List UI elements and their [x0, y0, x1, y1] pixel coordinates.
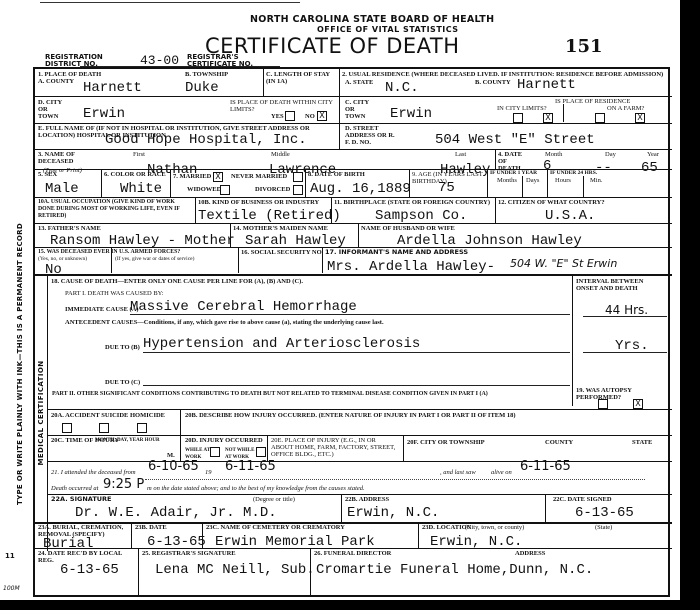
days-label: Days [526, 177, 539, 184]
divider [180, 409, 181, 435]
injury-manner-label: 20a. ACCIDENT SUICIDE HOMICIDE [51, 412, 165, 419]
birthplace-label: 11. BIRTHPLACE (State or foreign country… [334, 199, 490, 206]
divider [403, 435, 404, 461]
ssn-label: 16. SOCIAL SECURITY NO. [241, 249, 323, 256]
physician-address-value: Erwin, N.C. [347, 506, 439, 520]
birthplace-value: Sampson Co. [375, 209, 467, 223]
alive-on-label: alive on [491, 469, 512, 476]
ur-state-label: a. STATE [345, 79, 373, 86]
dob-label: 8. DATE OF BIRTH [308, 171, 365, 178]
due-to-b-value: Hypertension and Arteriosclerosis [143, 337, 420, 351]
citizen-label: 12. CITIZEN OF WHAT COUNTRY? [498, 199, 605, 206]
divider [545, 494, 546, 522]
mother-value: Sarah Hawley [245, 234, 346, 248]
ur-in-city-yes-checkbox[interactable] [513, 113, 523, 123]
mother-label: 14. MOTHER'S MAIDEN NAME [233, 225, 328, 232]
funeral-director-value: Cromartie Funeral Home,Dunn, N.C. [316, 563, 593, 577]
location-label: 23d. LOCATION [422, 524, 471, 531]
injury-occurred-label: 20d. INJURY OCCURRED [185, 437, 263, 444]
divider [339, 96, 672, 97]
usual-residence-label: 2. USUAL RESIDENCE (Where deceased lived… [342, 71, 663, 78]
armed-forces-hint-2: (If yes, give war or dates of service) [115, 256, 194, 263]
injury-city-label: 20f. CITY OR TOWNSHIP [407, 439, 485, 446]
dod-day-label: Day [605, 151, 616, 158]
under-1-year-label: IF UNDER 1 YEAR [490, 170, 537, 177]
divider [111, 247, 112, 273]
funeral-address-label: ADDRESS [515, 550, 545, 557]
divider [322, 247, 323, 273]
under-24-hrs-label: IF UNDER 24 HRS. [550, 170, 597, 177]
hours-label: Hours [555, 177, 571, 184]
autopsy-no-checkbox[interactable]: X [633, 399, 643, 409]
divorced-checkbox[interactable] [293, 185, 303, 195]
widowed-checkbox[interactable] [220, 185, 230, 195]
death-time-value: 9:25 P [103, 477, 144, 492]
sex-value: Male [45, 182, 79, 196]
divider [547, 169, 548, 197]
autopsy-yes-checkbox[interactable] [598, 399, 608, 409]
ur-street-value: 504 West "E" Street [435, 133, 595, 147]
agency-heading: NORTH CAROLINA STATE BOARD OF HEALTH [250, 14, 494, 25]
autopsy-label: 19. WAS AUTOPSY PERFORMED? [576, 387, 666, 401]
armed-forces-label: 15. WAS DECEASED EVER IN U.S. ARMED FORC… [38, 249, 180, 256]
ur-street-label: d. STREET ADDRESS or R. F. D. NO. [345, 125, 400, 146]
death-occurred-rest: m on the date stated above; and to the b… [147, 485, 365, 492]
divider [131, 522, 132, 548]
office-heading: OFFICE OF VITAL STATISTICS [317, 25, 459, 34]
accident-checkbox[interactable] [62, 423, 72, 433]
degree-label: (Degree or title) [253, 496, 295, 503]
immediate-interval-value: 44 Hrs. [605, 303, 648, 317]
pod-hospital-value: Good Hope Hospital, Inc. [105, 133, 307, 147]
interval-label: INTERVAL BETWEEN ONSET AND DEATH [576, 278, 666, 292]
underline [583, 316, 667, 317]
widowed-label: WIDOWED [187, 186, 221, 193]
physician-address-label: 22b. ADDRESS [345, 496, 389, 503]
cause-of-death-label: 18. CAUSE OF DEATH—ENTER ONLY ONE CAUSE … [51, 278, 303, 285]
divider [263, 69, 264, 96]
attended-to-value: 6-11-65 [225, 459, 276, 474]
divider [238, 247, 239, 273]
due-to-b-label: DUE TO (b) [105, 344, 140, 351]
divider [180, 435, 181, 461]
divider [47, 276, 48, 551]
divider [339, 123, 672, 124]
pod-township-label: b. TOWNSHIP [185, 71, 228, 78]
divider [195, 197, 196, 223]
first-name-label: First [133, 151, 145, 158]
pod-county-value: Harnett [83, 81, 142, 95]
date-signed-label: 22c. DATE SIGNED [553, 496, 612, 503]
injury-time-m: M. [167, 452, 175, 459]
divider [101, 169, 102, 197]
part-1-label: PART I. DEATH WAS CAUSED BY: [65, 290, 164, 297]
divider [170, 169, 171, 197]
registrar-signature-label: 25. REGISTRAR'S SIGNATURE [142, 550, 236, 557]
injury-time-sublabel: MONTH, DAY, YEAR HOUR [95, 437, 160, 444]
attended-from-label: 21. I attended the deceased from [51, 469, 136, 476]
funeral-director-label: 26. FUNERAL DIRECTOR [314, 550, 391, 557]
divider [230, 223, 231, 247]
ur-city-label: c. CITY OR TOWN [345, 99, 375, 120]
divider [563, 104, 564, 122]
months-label: Months [497, 177, 517, 184]
dotted-line [145, 478, 645, 480]
divider [267, 435, 268, 461]
scan-border-right [680, 0, 700, 610]
state-hint: (State) [595, 524, 612, 531]
side-mark: 100M [3, 585, 20, 592]
ur-on-farm-yes-checkbox[interactable] [595, 113, 605, 123]
deceased-name-label: 3. NAME OF DECEASED [38, 151, 88, 165]
pod-length-of-stay-label: c. LENGTH OF STAY (in 1a) [266, 71, 336, 85]
suicide-checkbox[interactable] [99, 423, 109, 433]
pod-city-label: d. CITY OR TOWN [38, 99, 68, 120]
dob-value: Aug. 16,1889 [310, 182, 411, 196]
burial-date-value: 6-13-65 [147, 535, 206, 549]
divider [35, 223, 672, 224]
divider [47, 461, 672, 462]
pod-county-label: a. COUNTY [38, 78, 74, 85]
sex-label: 5. SEX [38, 171, 57, 178]
never-married-label: NEVER MARRIED [231, 173, 287, 180]
underline [130, 314, 570, 315]
divider [35, 274, 672, 276]
divider [358, 223, 359, 247]
injury-describe-label: 20b. DESCRIBE HOW INJURY OCCURRED. (Ente… [185, 412, 516, 419]
registrar-signature-value: Lena MC Neill, Sub. [155, 563, 315, 577]
pod-limits-yes-label: YES [271, 113, 284, 120]
cemetery-value: Erwin Memorial Park [215, 535, 375, 549]
ur-city-value: Erwin [390, 107, 432, 121]
immediate-cause-value: Massive Cerebral Hemorrhage [130, 300, 357, 314]
part-2-label: PART II. OTHER SIGNIFICANT CONDITIONS CO… [52, 391, 488, 398]
scan-top-line [40, 2, 300, 3]
divider [487, 169, 488, 197]
middle-name-label: Middle [271, 151, 290, 158]
ur-in-city-no-checkbox[interactable]: X [543, 113, 553, 123]
dod-month-label: Month [545, 151, 562, 158]
year-prefix-1: 19 [205, 469, 212, 476]
divider [495, 197, 496, 223]
underline [583, 352, 667, 353]
divider [138, 548, 139, 597]
dod-year-label: Year [647, 151, 659, 158]
injury-state-label: STATE [632, 439, 652, 446]
due-to-c-label: DUE TO (c) [105, 379, 140, 386]
occupation-label: 10a. USUAL OCCUPATION (Give kind of work… [38, 199, 188, 220]
permanent-record-note: TYPE OR WRITE PLAINLY WITH INK—THIS IS A… [16, 154, 24, 574]
ur-on-farm-label: On a Farm? [607, 105, 644, 112]
divider [341, 494, 342, 522]
spouse-value: Ardella Johnson Hawley [397, 234, 582, 248]
pod-limits-no-label: NO [305, 113, 315, 120]
divider [47, 494, 672, 495]
divider [495, 149, 496, 169]
spouse-label: NAME OF HUSBAND OR WIFE [361, 225, 455, 232]
divider [35, 197, 672, 198]
divider [35, 149, 672, 150]
death-occurred-label: Death occurred at [51, 485, 98, 492]
informant-handwritten-address: 504 W. "E" St Erwin [510, 257, 617, 270]
injury-place-label: 20e. PLACE OF INJURY (e.g., in or about … [271, 437, 396, 458]
ur-in-city-label: In City Limits? [497, 105, 547, 112]
scan-border-bottom [0, 600, 700, 610]
business-value: Textile (Retired) [198, 209, 341, 223]
divider [418, 522, 419, 548]
certificate-number: 151 [565, 36, 603, 57]
ur-on-farm-no-checkbox[interactable]: X [635, 113, 645, 123]
attended-from-value: 6-10-65 [148, 459, 199, 474]
pod-township-value: Duke [185, 81, 219, 95]
dod-year-value: 65 [641, 161, 658, 175]
and-last-saw-label: , and last saw [440, 469, 476, 476]
divider [35, 548, 672, 549]
married-label: 7. MARRIED [173, 173, 211, 180]
divider [572, 276, 573, 406]
dod-day-value: -- [595, 161, 612, 175]
ur-place-label: Is Place of Residence [555, 98, 630, 105]
date-signed-value: 6-13-65 [575, 506, 634, 520]
divorced-label: DIVORCED [255, 186, 290, 193]
ur-county-value: Harnett [517, 78, 576, 92]
side-number: 11 [5, 552, 15, 560]
race-label: 6. COLOR OR RACE [104, 171, 166, 178]
informant-value: Mrs. Ardella Hawley- [327, 260, 495, 274]
injury-county-label: COUNTY [545, 439, 573, 446]
business-label: 10b. KIND OF BUSINESS OR INDUSTRY [198, 199, 319, 206]
father-label: 13. FATHER'S NAME [38, 225, 101, 232]
divider [583, 176, 584, 197]
never-married-checkbox[interactable] [293, 172, 303, 182]
citizen-value: U.S.A. [545, 209, 595, 223]
burial-date-label: 23b. DATE [135, 524, 167, 531]
father-value: Ransom Hawley - Mother [50, 234, 235, 248]
antecedent-causes-label: ANTECEDENT CAUSES—Conditions, if any, wh… [65, 319, 384, 326]
divider [35, 96, 339, 97]
divider [47, 409, 672, 410]
married-checkbox[interactable]: X [213, 172, 223, 182]
immediate-cause-label: IMMEDIATE CAUSE (a) [65, 306, 139, 313]
location-value: Erwin, N.C. [430, 535, 522, 549]
date-recd-value: 6-13-65 [60, 563, 119, 577]
last-saw-value: 6-11-65 [520, 459, 571, 474]
divider [522, 176, 523, 197]
homicide-checkbox[interactable] [137, 423, 147, 433]
while-at-work-checkbox[interactable] [210, 447, 220, 457]
divider [310, 548, 311, 597]
divider [331, 197, 332, 223]
last-name-label: Last [455, 151, 466, 158]
physician-signature-value: Dr. W.E. Adair, Jr. M.D. [75, 506, 277, 520]
divider [305, 169, 306, 197]
pod-city-value: Erwin [83, 107, 125, 121]
informant-label: 17. INFORMANT'S NAME AND ADDRESS [325, 249, 468, 256]
divider [47, 435, 672, 436]
divider [202, 522, 203, 548]
divider [35, 123, 339, 124]
underline [143, 385, 570, 386]
race-value: White [120, 182, 162, 196]
certificate-form: 1. PLACE OF DEATH a. COUNTY Harnett b. T… [33, 67, 670, 597]
pod-limits-yes-checkbox[interactable] [285, 111, 295, 121]
place-of-death-label: 1. PLACE OF DEATH [38, 71, 101, 78]
medical-certification-label: MEDICAL CERTIFICATION [37, 353, 45, 473]
age-value: 75 [438, 181, 455, 195]
ur-state-value: N.C. [385, 81, 419, 95]
divider [409, 169, 410, 197]
ur-county-label: b. COUNTY [475, 79, 511, 86]
pod-limits-no-checkbox[interactable]: X [317, 111, 327, 121]
min-label: Min. [590, 177, 602, 184]
cemetery-label: 23c. NAME OF CEMETERY OR CREMATORY [206, 524, 345, 531]
underline [143, 352, 570, 353]
not-while-at-work-checkbox[interactable] [256, 447, 266, 457]
signature-label: 22a. SIGNATURE [51, 496, 112, 503]
location-hint: (City, town, or county) [465, 524, 524, 531]
due-to-b-interval-value: Yrs. [615, 339, 649, 353]
